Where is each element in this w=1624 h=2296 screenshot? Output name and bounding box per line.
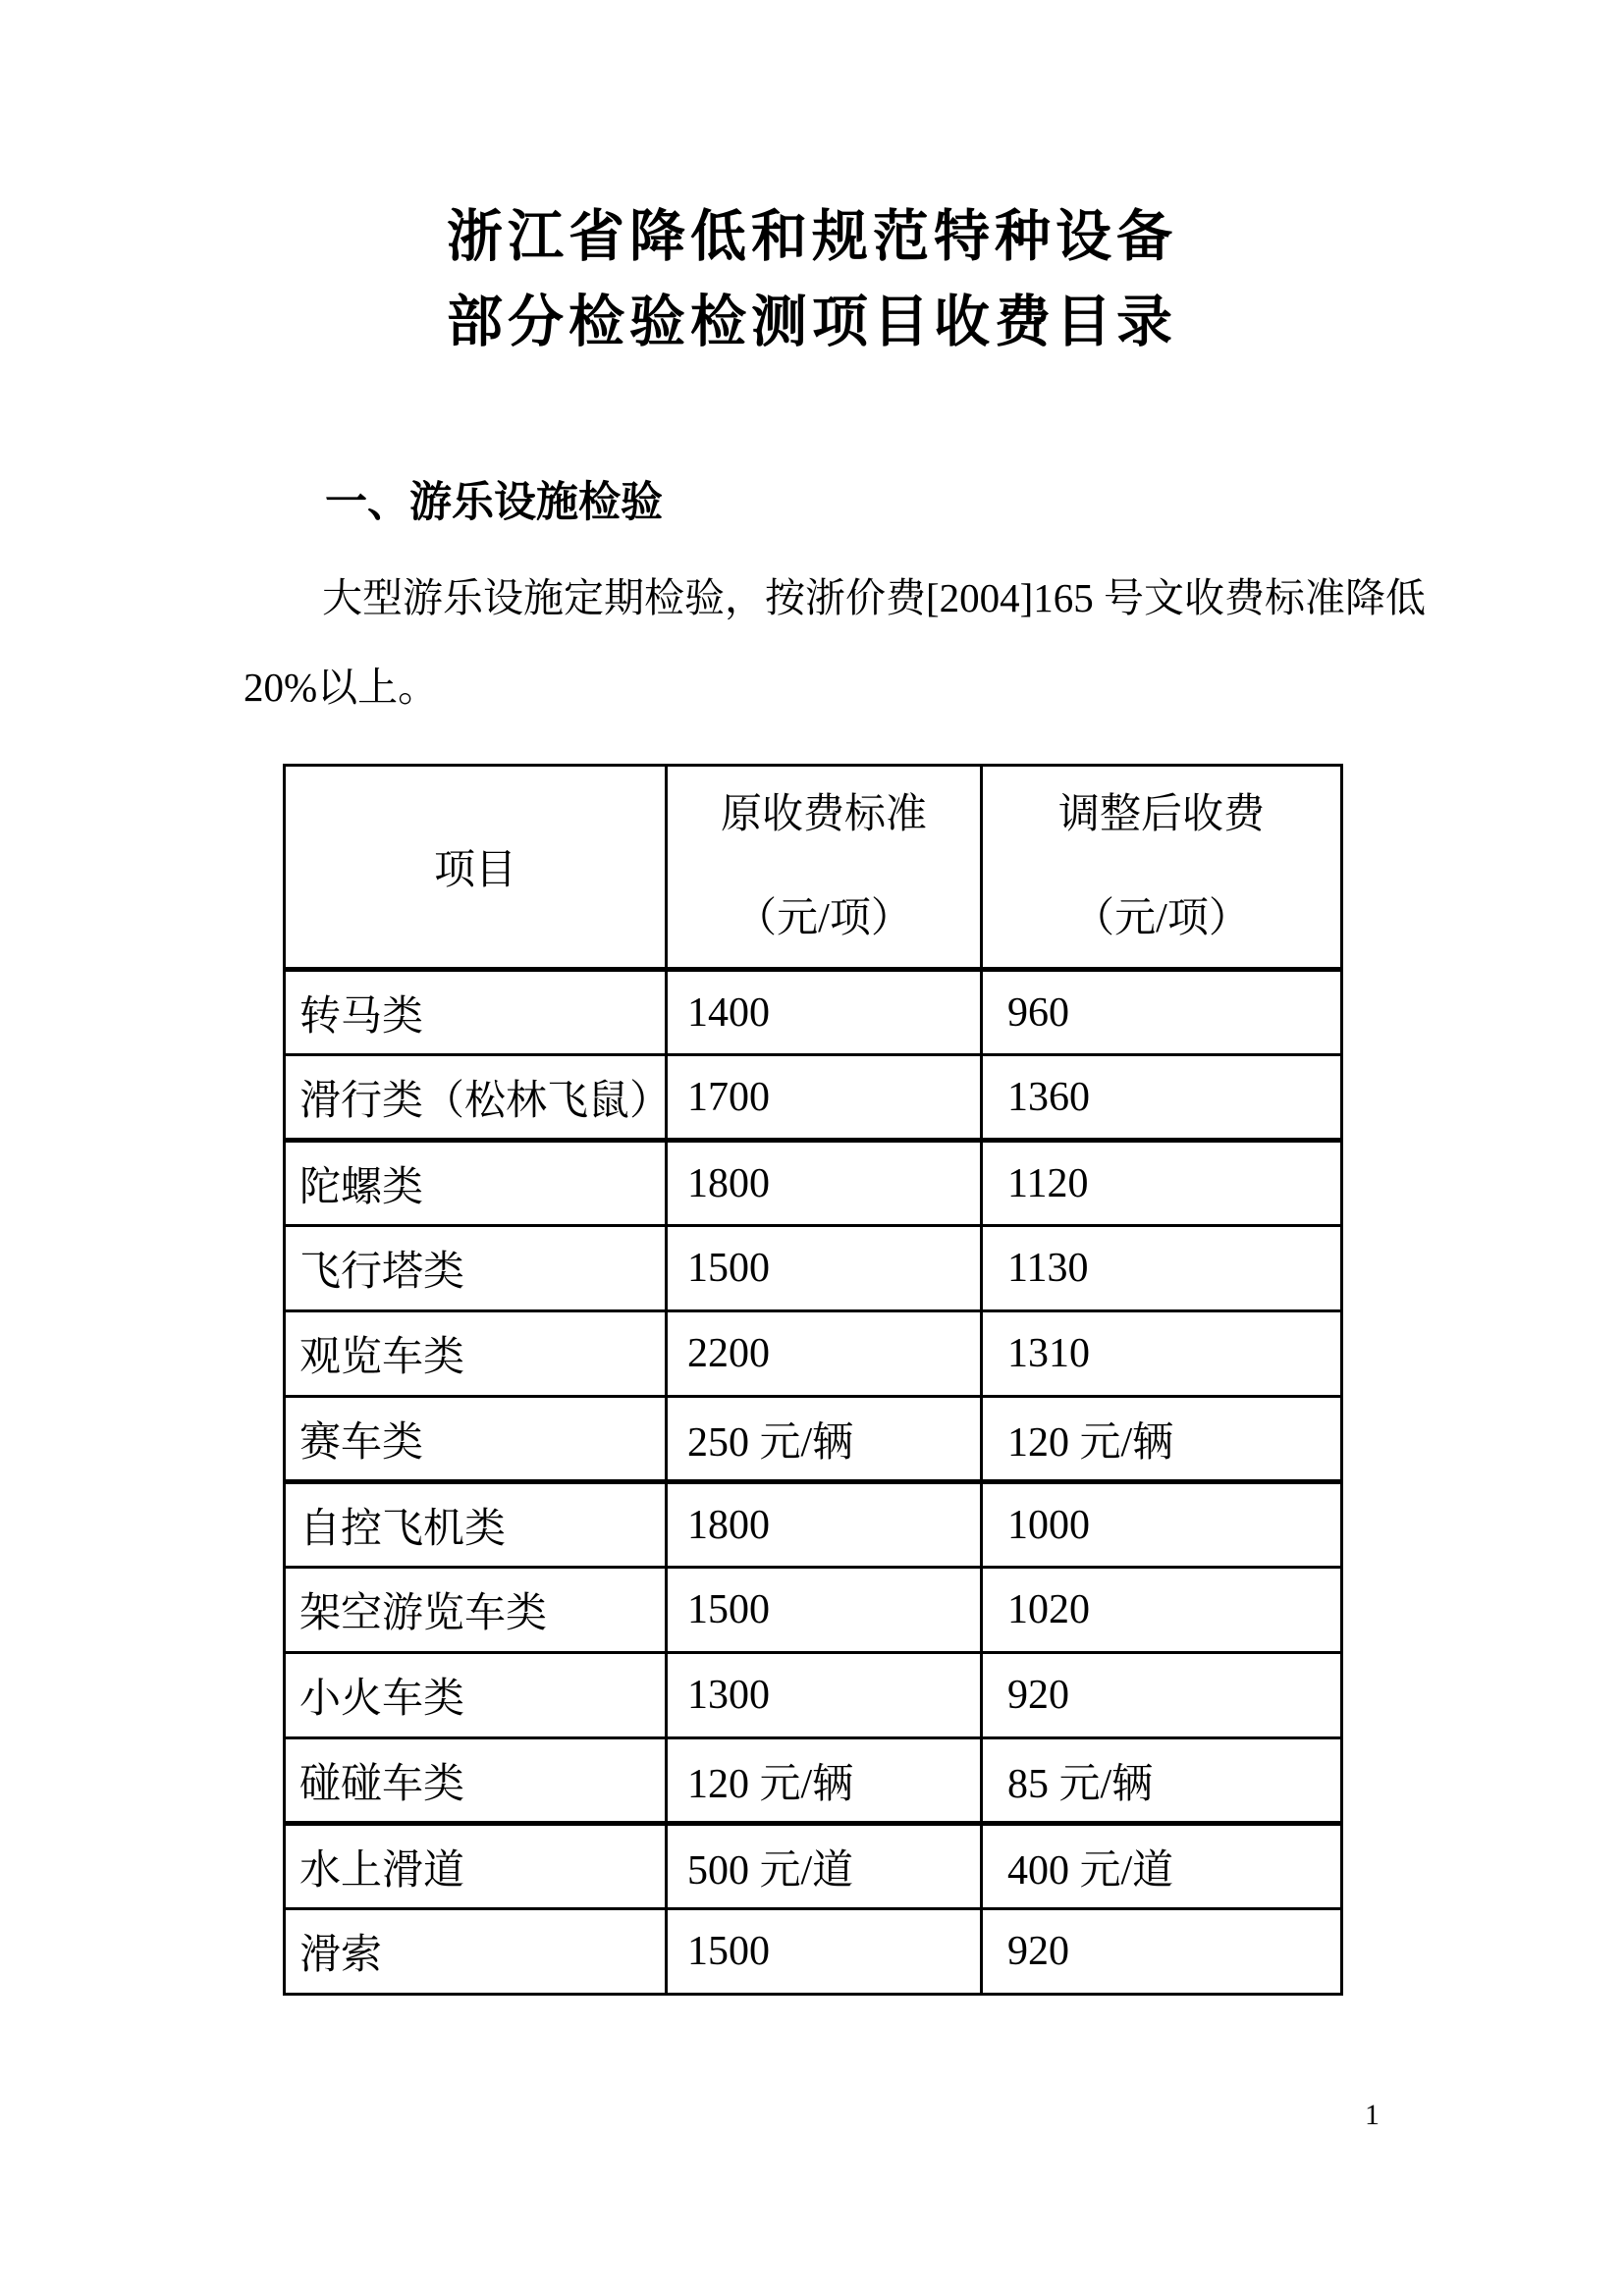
section-heading: 一、游乐设施检验 — [325, 478, 663, 529]
page-number: 1 — [1365, 2099, 1380, 2131]
cell-adjusted-fee: 1120 — [982, 1141, 1342, 1226]
cell-adjusted-fee: 1130 — [982, 1226, 1342, 1311]
cell-adjusted-fee: 400 元/道 — [982, 1824, 1342, 1909]
cell-adjusted-fee: 1310 — [982, 1311, 1342, 1397]
header-adjusted-unit: （元/项） — [983, 896, 1340, 941]
table-row: 碰碰车类 120 元/辆 85 元/辆 — [285, 1738, 1342, 1824]
cell-item: 转马类 — [285, 970, 667, 1055]
fee-table-header-row: 项目 原收费标准 （元/项） 调整后收费 （元/项） — [285, 766, 1342, 970]
table-row: 自控飞机类 1800 1000 — [285, 1482, 1342, 1568]
document-title: 浙江省降低和规范特种设备 部分检验检测项目收费目录 — [0, 194, 1624, 365]
table-row: 飞行塔类 1500 1130 — [285, 1226, 1342, 1311]
table-row: 小火车类 1300 920 — [285, 1653, 1342, 1738]
cell-item: 观览车类 — [285, 1311, 667, 1397]
cell-item: 碰碰车类 — [285, 1738, 667, 1824]
table-row: 滑行类（松林飞鼠） 1700 1360 — [285, 1055, 1342, 1141]
cell-original-fee: 1500 — [667, 1568, 982, 1653]
header-cell-item: 项目 — [285, 766, 667, 970]
header-cell-adjusted: 调整后收费 （元/项） — [982, 766, 1342, 970]
cell-adjusted-fee: 920 — [982, 1653, 1342, 1738]
cell-original-fee: 1800 — [667, 1482, 982, 1568]
table-row: 滑索 1500 920 — [285, 1909, 1342, 1995]
title-line-1: 浙江省降低和规范特种设备 — [0, 194, 1624, 280]
cell-original-fee: 1300 — [667, 1653, 982, 1738]
cell-original-fee: 120 元/辆 — [667, 1738, 982, 1824]
table-row: 架空游览车类 1500 1020 — [285, 1568, 1342, 1653]
cell-original-fee: 250 元/辆 — [667, 1397, 982, 1482]
header-original-unit: （元/项） — [668, 896, 980, 941]
cell-adjusted-fee: 1020 — [982, 1568, 1342, 1653]
fee-table: 项目 原收费标准 （元/项） 调整后收费 （元/项） 转马类 1400 — [283, 764, 1343, 1996]
cell-original-fee: 500 元/道 — [667, 1824, 982, 1909]
cell-adjusted-fee: 85 元/辆 — [982, 1738, 1342, 1824]
table-row: 陀螺类 1800 1120 — [285, 1141, 1342, 1226]
header-adjusted-label: 调整后收费 — [983, 792, 1340, 837]
cell-original-fee: 1500 — [667, 1226, 982, 1311]
header-original-label: 原收费标准 — [668, 792, 980, 837]
cell-item: 滑索 — [285, 1909, 667, 1995]
header-cell-original: 原收费标准 （元/项） — [667, 766, 982, 970]
paragraph-line-2: 20%以上。 — [244, 664, 438, 712]
cell-original-fee: 1800 — [667, 1141, 982, 1226]
fee-table-body: 转马类 1400 960 滑行类（松林飞鼠） 1700 1360 陀螺类 180… — [285, 970, 1342, 1995]
cell-adjusted-fee: 920 — [982, 1909, 1342, 1995]
cell-adjusted-fee: 1360 — [982, 1055, 1342, 1141]
cell-original-fee: 1700 — [667, 1055, 982, 1141]
cell-item: 滑行类（松林飞鼠） — [285, 1055, 667, 1141]
document-page: 浙江省降低和规范特种设备 部分检验检测项目收费目录 一、游乐设施检验 大型游乐设… — [0, 0, 1624, 2296]
cell-item: 飞行塔类 — [285, 1226, 667, 1311]
cell-original-fee: 1500 — [667, 1909, 982, 1995]
cell-item: 小火车类 — [285, 1653, 667, 1738]
cell-item: 赛车类 — [285, 1397, 667, 1482]
cell-adjusted-fee: 960 — [982, 970, 1342, 1055]
cell-item: 水上滑道 — [285, 1824, 667, 1909]
header-item-label: 项目 — [434, 848, 516, 893]
cell-adjusted-fee: 1000 — [982, 1482, 1342, 1568]
title-line-2: 部分检验检测项目收费目录 — [0, 280, 1624, 365]
cell-original-fee: 1400 — [667, 970, 982, 1055]
table-row: 转马类 1400 960 — [285, 970, 1342, 1055]
table-row: 水上滑道 500 元/道 400 元/道 — [285, 1824, 1342, 1909]
table-row: 赛车类 250 元/辆 120 元/辆 — [285, 1397, 1342, 1482]
table-row: 观览车类 2200 1310 — [285, 1311, 1342, 1397]
cell-item: 自控飞机类 — [285, 1482, 667, 1568]
cell-adjusted-fee: 120 元/辆 — [982, 1397, 1342, 1482]
cell-item: 架空游览车类 — [285, 1568, 667, 1653]
paragraph-line-1: 大型游乐设施定期检验，按浙价费[2004]165 号文收费标准降低 — [322, 574, 1426, 622]
cell-original-fee: 2200 — [667, 1311, 982, 1397]
cell-item: 陀螺类 — [285, 1141, 667, 1226]
